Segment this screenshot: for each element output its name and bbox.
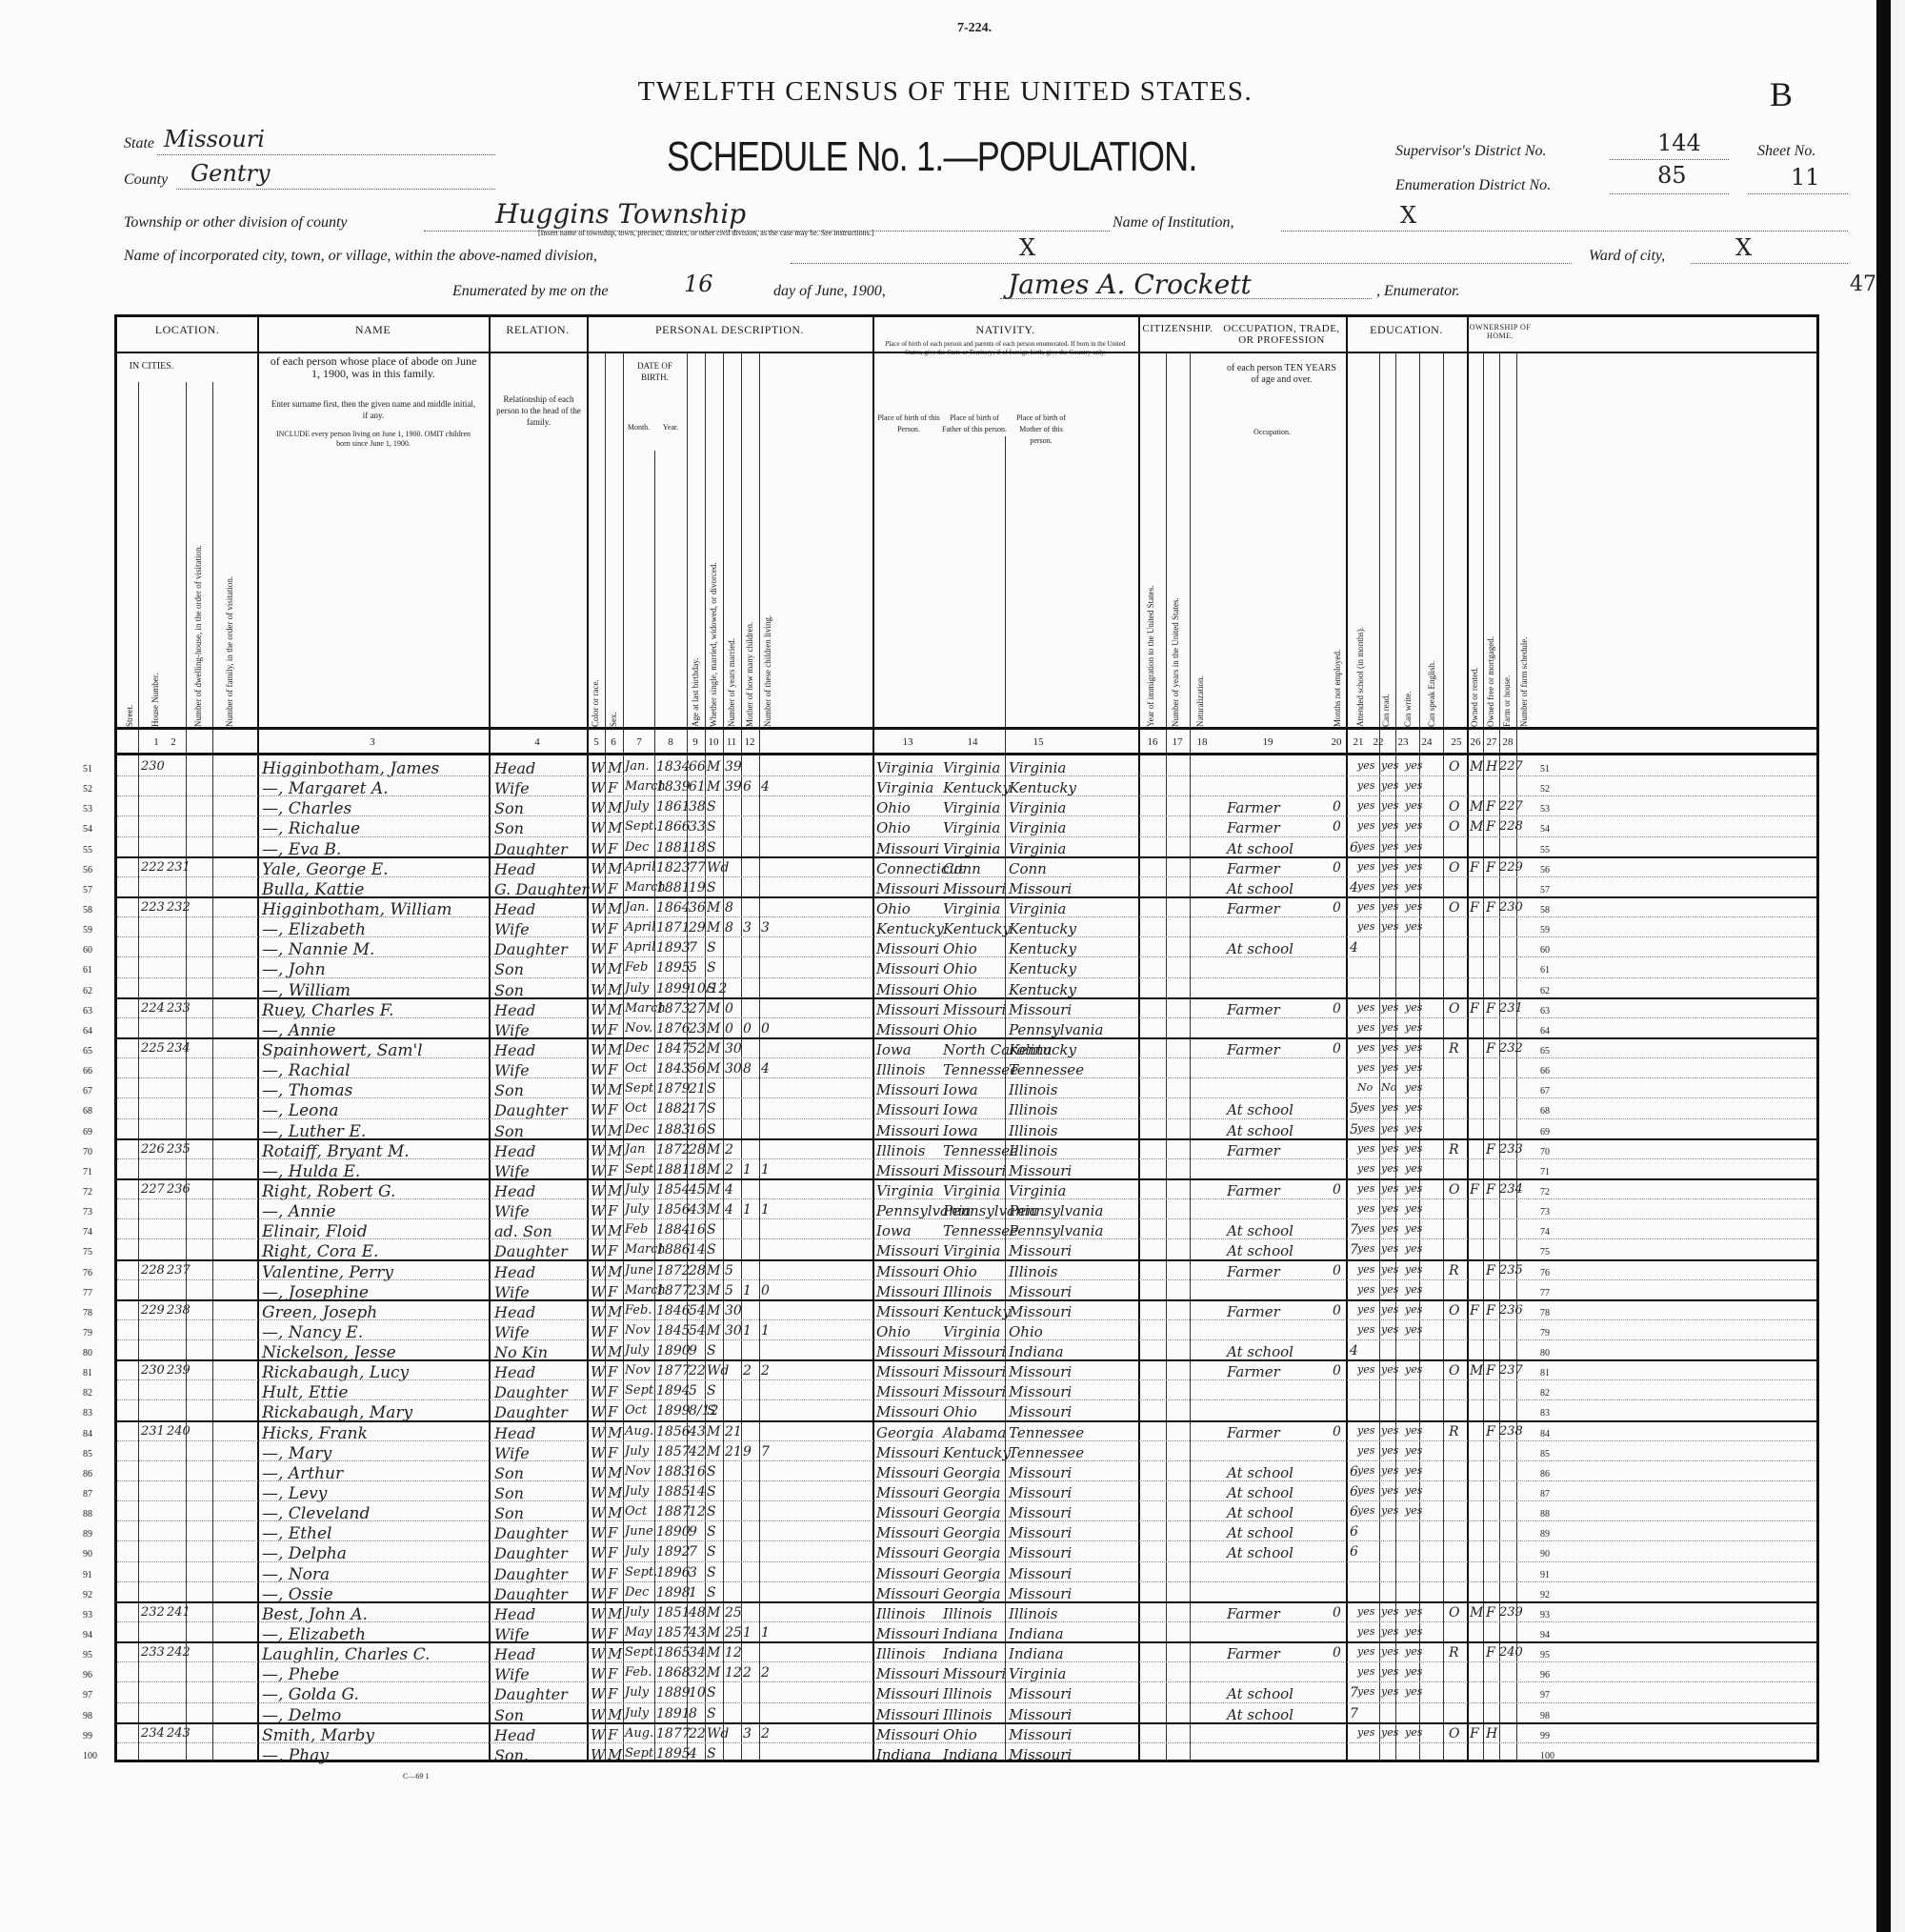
relation: Head: [494, 1041, 535, 1059]
birth-month: Aug.: [625, 1424, 653, 1439]
marital-status: M: [707, 1444, 720, 1459]
birthplace-mother: Indiana: [1009, 1343, 1064, 1360]
marital-status: S: [707, 1383, 716, 1399]
years-married: 25: [725, 1605, 742, 1620]
line-number: 61: [1540, 965, 1550, 976]
can-write: No: [1381, 1081, 1396, 1094]
farm-or-house: H: [1486, 759, 1497, 775]
birthplace-father: Georgia: [943, 1464, 1000, 1481]
can-write: yes: [1381, 779, 1398, 792]
months-unemployed: 0: [1333, 799, 1341, 815]
months-unemployed: 0: [1333, 1605, 1341, 1620]
birthplace-person: Kentucky: [876, 920, 944, 937]
line-number-left: 64: [83, 1026, 92, 1036]
sex: M: [608, 860, 622, 877]
can-speak-english: yes: [1405, 1222, 1422, 1235]
marital-status: S: [707, 1222, 716, 1238]
age: 9: [689, 1343, 697, 1358]
column-number: 3: [361, 736, 384, 748]
marital-status: M: [707, 1283, 720, 1298]
birthplace-person: Missouri: [876, 960, 939, 977]
birthplace-father: Ohio: [943, 960, 977, 977]
birthplace-person: Missouri: [876, 1665, 939, 1682]
can-speak-english: yes: [1405, 1323, 1422, 1336]
can-write: yes: [1381, 1242, 1398, 1255]
sex: F: [608, 940, 617, 957]
birthplace-mother: Pennsylvania: [1009, 1021, 1103, 1038]
years-married: 21: [725, 1424, 742, 1439]
birth-year: 1889: [656, 1685, 691, 1701]
owned-free-mortgaged: F: [1470, 1182, 1479, 1197]
birthplace-person: Missouri: [876, 1625, 939, 1642]
sex: M: [608, 1746, 622, 1763]
line-number: 62: [1540, 986, 1550, 996]
line-number: 71: [1540, 1167, 1550, 1177]
column-number: 23: [1392, 736, 1414, 748]
birth-month: Sept.: [625, 1565, 657, 1580]
can-write: yes: [1381, 1645, 1398, 1658]
birthplace-mother: Missouri: [1009, 1706, 1072, 1723]
column-number: 16: [1141, 736, 1164, 748]
sex: F: [608, 1665, 617, 1682]
header-can-write: Can write.: [1403, 403, 1413, 727]
age: 7: [689, 1544, 697, 1560]
birthplace-person: Missouri: [876, 1081, 939, 1098]
color-race: W: [591, 860, 605, 877]
owned-rented: O: [1449, 1001, 1459, 1016]
occupation-sub: Occupation.: [1217, 427, 1327, 438]
relation: Son: [494, 1706, 524, 1724]
birthplace-father: Ohio: [943, 1403, 977, 1420]
birthplace-person: Missouri: [876, 1484, 939, 1501]
sex: M: [608, 1041, 622, 1058]
age: 23: [689, 1283, 706, 1298]
header-farm-schedule: Number of farm schedule.: [1519, 403, 1529, 727]
color-race: W: [591, 1061, 605, 1078]
birth-month: Oct: [625, 1403, 647, 1418]
birthplace-person: Missouri: [876, 1162, 939, 1179]
birthplace-mother: Ohio: [1009, 1323, 1043, 1340]
can-write: yes: [1381, 1484, 1398, 1497]
sex: F: [608, 1403, 617, 1420]
birth-month: April: [625, 860, 655, 875]
marital-status: S: [707, 819, 716, 835]
owned-free-mortgaged: M: [1470, 799, 1483, 815]
mother-of-children: 2: [743, 1665, 752, 1680]
relation: Son: [494, 960, 524, 978]
line-number-left: 59: [83, 925, 92, 936]
header-mother-of: Mother of how many children.: [745, 403, 754, 727]
ward-line: [1691, 263, 1848, 264]
birthplace-person: Missouri: [876, 1122, 939, 1139]
age: 5: [689, 960, 697, 976]
birthplace-father: Iowa: [943, 1101, 978, 1118]
birth-year: 1872: [656, 1263, 691, 1278]
birthplace-person: Illinois: [876, 1061, 926, 1078]
dwelling-number: 227: [141, 1182, 165, 1197]
line-number: 92: [1540, 1590, 1550, 1600]
color-race: W: [591, 1162, 605, 1179]
line-number-left: 84: [83, 1429, 92, 1439]
children-living: 1: [761, 1323, 770, 1338]
column-number: 12: [738, 736, 761, 748]
relation: Head: [494, 900, 535, 918]
relation: Son: [494, 819, 524, 837]
years-married: 0: [725, 1001, 733, 1016]
farm-schedule-number: 231: [1499, 1001, 1523, 1016]
group-personal: PERSONAL DESCRIPTION.: [587, 323, 872, 337]
dwelling-number: 230: [141, 1363, 165, 1378]
line-number: 73: [1540, 1207, 1550, 1218]
birth-person-label: Place of birth of this Person.: [874, 413, 943, 435]
birthplace-person: Missouri: [876, 1706, 939, 1723]
children-living: 4: [761, 1061, 770, 1077]
relation: Wife: [494, 1625, 530, 1643]
birthplace-person: Missouri: [876, 1685, 939, 1702]
can-speak-english: yes: [1405, 1484, 1422, 1497]
months-unemployed: 0: [1333, 1001, 1341, 1016]
color-race: W: [591, 1605, 605, 1622]
birthplace-person: Georgia: [876, 1424, 933, 1441]
sex: F: [608, 1585, 617, 1602]
age: 18: [689, 1162, 706, 1177]
header-immigration: Year of immigration to the United States…: [1146, 403, 1155, 727]
sex: M: [608, 1303, 622, 1320]
can-write: yes: [1381, 1202, 1398, 1215]
sex: F: [608, 1363, 617, 1380]
marital-status: M: [707, 1162, 720, 1177]
group-nativity: NATIVITY.: [872, 323, 1138, 337]
header-years-us: Number of years in the United States.: [1171, 403, 1180, 727]
birth-month: Jan.: [625, 759, 649, 774]
line-number-left: 92: [83, 1590, 92, 1600]
birthplace-person: Ohio: [876, 1323, 911, 1340]
line-number: 99: [1540, 1731, 1550, 1741]
occupation: At school: [1227, 1222, 1293, 1239]
marital-status: S: [707, 960, 716, 976]
sex: F: [608, 779, 617, 796]
age: 34: [689, 1645, 706, 1660]
nativity-desc: Place of birth of each person and parent…: [879, 340, 1132, 357]
line-number-left: 56: [83, 865, 92, 875]
birth-month: July: [625, 1605, 649, 1620]
age: 23: [689, 1021, 706, 1036]
birth-year: 1873: [656, 1001, 691, 1016]
years-married: 2: [725, 1142, 733, 1157]
age: 19: [689, 880, 706, 896]
family-number: 236: [167, 1182, 190, 1197]
birth-month: Sept.: [625, 1645, 657, 1660]
header-years-married: Number of years married.: [727, 403, 736, 727]
can-read: yes: [1357, 840, 1374, 853]
column-number: 8: [659, 736, 682, 748]
line-number: 79: [1540, 1328, 1550, 1338]
color-race: W: [591, 1202, 605, 1219]
months-unemployed: 0: [1333, 1263, 1341, 1278]
birthplace-father: Virginia: [943, 819, 1000, 836]
color-race: W: [591, 1343, 605, 1360]
color-race: W: [591, 1041, 605, 1058]
birthplace-person: Illinois: [876, 1142, 926, 1159]
birth-month: Nov: [625, 1363, 651, 1378]
can-read: yes: [1357, 1464, 1374, 1477]
mother-of-children: 1: [743, 1625, 752, 1640]
relation: Head: [494, 1303, 535, 1321]
sex: F: [608, 920, 617, 937]
birth-year: 1839: [656, 779, 691, 795]
family-number: 231: [167, 860, 190, 875]
can-speak-english: yes: [1405, 1081, 1422, 1094]
color-race: W: [591, 1122, 605, 1139]
years-married: 5: [725, 1263, 733, 1278]
owned-rented: O: [1449, 900, 1459, 916]
can-speak-english: yes: [1405, 1162, 1422, 1175]
farm-schedule-number: 227: [1499, 759, 1523, 774]
dwelling-number: 230: [141, 759, 165, 774]
farm-or-house: F: [1486, 1041, 1495, 1057]
relation: Daughter: [494, 1242, 568, 1260]
header-sex: Sex.: [609, 403, 618, 727]
can-write: yes: [1381, 819, 1398, 832]
birthplace-mother: Illinois: [1009, 1142, 1058, 1159]
marital-status: M: [707, 1182, 720, 1197]
birthplace-father: Indiana: [943, 1645, 998, 1662]
sex: F: [608, 1061, 617, 1078]
relation: Wife: [494, 920, 530, 938]
age: 36: [689, 900, 706, 916]
can-speak-english: yes: [1405, 819, 1422, 832]
can-speak-english: yes: [1405, 1242, 1422, 1255]
relation: Head: [494, 1001, 535, 1019]
birth-year: 1876: [656, 1021, 691, 1036]
dwelling-number: 233: [141, 1645, 165, 1660]
birthplace-father: Illinois: [943, 1283, 993, 1300]
header-house: House Number.: [150, 403, 160, 727]
can-write: yes: [1381, 1021, 1398, 1034]
sex: F: [608, 1565, 617, 1582]
can-read: yes: [1357, 1444, 1374, 1457]
age: 29: [689, 920, 706, 936]
can-read: yes: [1357, 1001, 1374, 1014]
line-number-left: 79: [83, 1328, 92, 1338]
can-speak-english: yes: [1405, 799, 1422, 812]
birth-month: Jan: [625, 1142, 645, 1157]
can-write: yes: [1381, 1001, 1398, 1014]
farm-schedule-number: 233: [1499, 1142, 1523, 1157]
birthplace-person: Missouri: [876, 1001, 939, 1018]
can-speak-english: yes: [1405, 1041, 1422, 1054]
marital-status: S: [707, 940, 716, 956]
line-number: 86: [1540, 1469, 1550, 1479]
birthplace-mother: Pennsylvania: [1009, 1202, 1103, 1219]
enumerator-name: James A. Crockett: [1008, 269, 1252, 300]
birth-year: 1861: [656, 799, 691, 815]
birth-month: May: [625, 1625, 652, 1640]
can-read: yes: [1357, 1625, 1374, 1638]
age: 28: [689, 1263, 706, 1278]
can-write: yes: [1381, 880, 1398, 893]
column-number: 7: [628, 736, 651, 748]
sex: M: [608, 1182, 622, 1199]
can-speak-english: yes: [1405, 1605, 1422, 1618]
sex: M: [608, 981, 622, 998]
birth-month: Sept.: [625, 819, 657, 834]
county-label: County: [124, 171, 168, 189]
marital-status: M: [707, 1061, 720, 1077]
can-read: yes: [1357, 1041, 1374, 1054]
mother-of-children: 8: [743, 1061, 752, 1077]
birthplace-person: Missouri: [876, 1565, 939, 1582]
line-number: 98: [1540, 1711, 1550, 1721]
owned-rented: O: [1449, 759, 1459, 775]
color-race: W: [591, 1424, 605, 1441]
birthplace-person: Virginia: [876, 1182, 933, 1199]
township-label: Township or other division of county: [124, 214, 348, 231]
years-married: 30: [725, 1323, 742, 1338]
birth-father-label: Place of birth of Father of this person.: [941, 413, 1008, 435]
birthplace-person: Indiana: [876, 1746, 932, 1763]
line-number-left: 97: [83, 1690, 92, 1701]
farm-or-house: F: [1486, 819, 1495, 835]
birth-year: 1879: [656, 1081, 691, 1097]
birthplace-person: Missouri: [876, 1444, 939, 1461]
can-write: yes: [1381, 1726, 1398, 1739]
can-speak-english: yes: [1405, 1101, 1422, 1114]
relation-desc: Relationship of each person to the head …: [493, 393, 584, 428]
birth-month: Dec: [625, 1122, 649, 1137]
birthplace-mother: Virginia: [1009, 900, 1066, 917]
column-number: 28: [1496, 736, 1519, 748]
birth-month: July: [625, 799, 649, 814]
birthplace-father: Virginia: [943, 1242, 1000, 1259]
marital-status: M: [707, 1041, 720, 1057]
age: 52: [689, 1041, 706, 1057]
birth-month: April: [625, 920, 655, 935]
family-number: 243: [167, 1726, 190, 1741]
birthplace-person: Ohio: [876, 819, 911, 836]
color-race: W: [591, 1544, 605, 1561]
sex: M: [608, 1504, 622, 1521]
group-occupation: OCCUPATION, TRADE, OR PROFESSION: [1217, 323, 1346, 346]
color-race: W: [591, 900, 605, 917]
line-number-left: 82: [83, 1388, 92, 1399]
group-in-cities: IN CITIES.: [117, 361, 186, 372]
children-living: 4: [761, 779, 770, 795]
can-speak-english: yes: [1405, 1061, 1422, 1074]
relation: Daughter: [494, 1685, 568, 1703]
farm-schedule-number: 238: [1499, 1424, 1523, 1439]
birth-year: 1893: [656, 940, 691, 956]
marital-status: Wd: [707, 860, 729, 875]
occupation: At school: [1227, 1524, 1293, 1541]
birthplace-mother: Missouri: [1009, 1242, 1072, 1259]
color-race: W: [591, 1645, 605, 1662]
age: 43: [689, 1202, 706, 1218]
family-number: 237: [167, 1263, 190, 1278]
children-living: 3: [761, 920, 770, 936]
line-number: 94: [1540, 1630, 1550, 1640]
line-number-left: 52: [83, 784, 92, 795]
line-number: 57: [1540, 885, 1550, 896]
line-number-left: 53: [83, 804, 92, 815]
birthplace-father: Georgia: [943, 1504, 1000, 1521]
birthplace-mother: Missouri: [1009, 1162, 1072, 1179]
can-read: yes: [1357, 860, 1374, 873]
owned-free-mortgaged: F: [1470, 860, 1479, 875]
birthplace-mother: Tennessee: [1009, 1444, 1084, 1461]
family-number: 234: [167, 1041, 190, 1056]
marital-status: S: [707, 1101, 716, 1117]
occupation: At school: [1227, 1706, 1293, 1723]
line-number: 67: [1540, 1086, 1550, 1097]
color-race: W: [591, 1101, 605, 1118]
farm-or-house: F: [1486, 1645, 1495, 1660]
birthplace-father: Illinois: [943, 1605, 993, 1622]
sex: M: [608, 819, 622, 836]
birthplace-father: Tennessee: [943, 1142, 1018, 1159]
institution-line: [1281, 231, 1848, 231]
column-number: 15: [1027, 736, 1050, 748]
occupation-desc: of each person TEN YEARS of age and over…: [1222, 363, 1341, 386]
can-speak-english: yes: [1405, 1464, 1422, 1477]
relation: Daughter: [494, 1524, 568, 1542]
years-married: 12: [725, 1645, 742, 1660]
birth-year: 1890: [656, 1524, 691, 1540]
sex: M: [608, 1645, 622, 1662]
birthplace-person: Illinois: [876, 1605, 926, 1622]
birthplace-father: Kentucky: [943, 1303, 1011, 1320]
header-attended-school: Attended school (in months).: [1355, 403, 1365, 727]
line-number: 63: [1540, 1006, 1550, 1016]
group-citizenship: CITIZENSHIP.: [1138, 323, 1217, 334]
relation: Head: [494, 1726, 535, 1744]
owned-rented: O: [1449, 1605, 1459, 1620]
occupation: Farmer: [1227, 799, 1280, 816]
occupation: At school: [1227, 1101, 1293, 1118]
can-write: yes: [1381, 1101, 1398, 1114]
age: 14: [689, 1484, 706, 1499]
birth-month: Aug.: [625, 1726, 653, 1741]
line-number-left: 88: [83, 1509, 92, 1519]
birthplace-person: Missouri: [876, 1283, 939, 1300]
birthplace-mother: Virginia: [1009, 1665, 1066, 1682]
dwelling-number: 222: [141, 860, 165, 875]
relation: Head: [494, 860, 535, 878]
header-marital: Whether single, married, widowed, or div…: [709, 403, 718, 727]
line-number: 84: [1540, 1429, 1550, 1439]
birthplace-mother: Virginia: [1009, 759, 1066, 776]
birth-month: Dec: [625, 840, 649, 855]
months-unemployed: 0: [1333, 819, 1341, 835]
can-speak-english: yes: [1405, 840, 1422, 853]
birthplace-father: Missouri: [943, 1001, 1006, 1018]
birthplace-father: Ohio: [943, 940, 977, 957]
birth-year: 1864: [656, 900, 691, 916]
header-naturalization: Naturalization.: [1195, 403, 1205, 727]
birthplace-person: Missouri: [876, 1343, 939, 1360]
line-number-left: 61: [83, 965, 92, 976]
sheet-label: Sheet No.: [1757, 143, 1815, 160]
birthplace-mother: Illinois: [1009, 1101, 1058, 1118]
age: 16: [689, 1464, 706, 1479]
occupation: Farmer: [1227, 1142, 1280, 1159]
birth-year: 1894: [656, 1383, 691, 1399]
color-race: W: [591, 1726, 605, 1743]
occupation: At school: [1227, 880, 1293, 897]
relation: Son: [494, 799, 524, 817]
birth-year: 1834: [656, 759, 691, 775]
age: 38: [689, 799, 706, 815]
